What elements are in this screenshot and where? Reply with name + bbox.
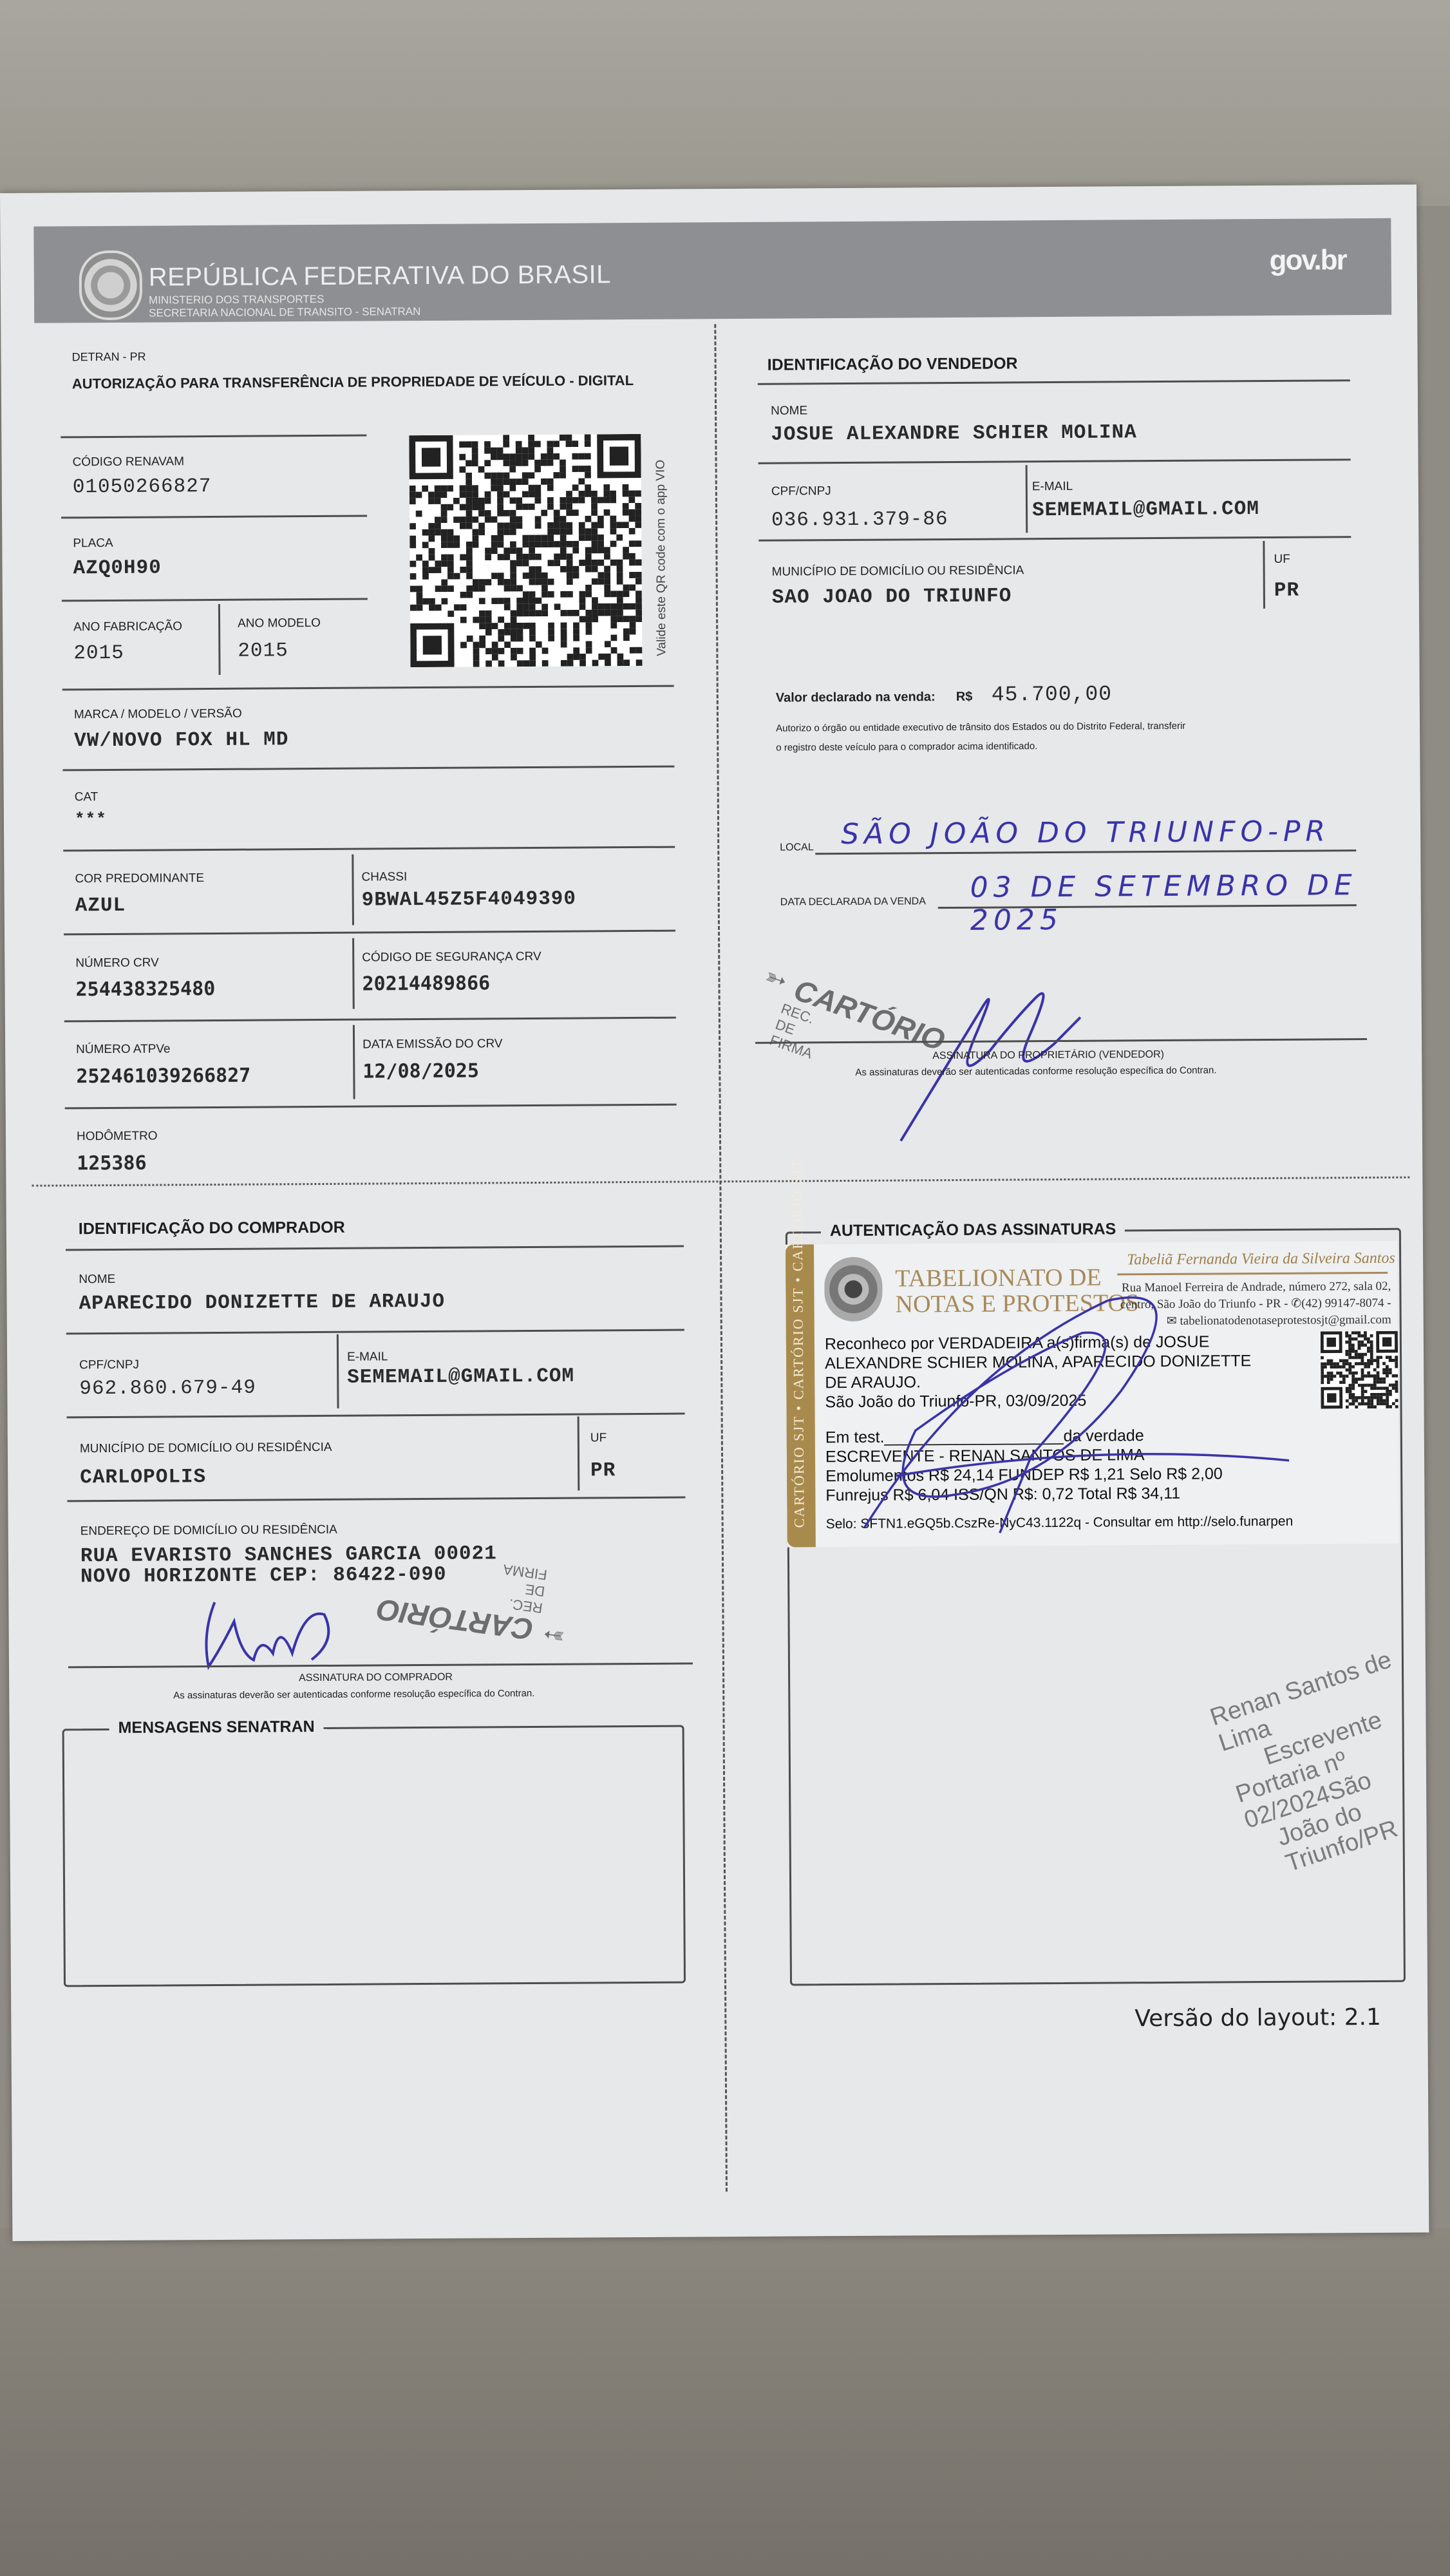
divider (1117, 1272, 1388, 1276)
seller-municipio-value: SAO JOAO DO TRIUNFO (772, 585, 1012, 609)
seller-email-label: E-MAIL (1032, 480, 1073, 494)
divider (62, 766, 674, 772)
senatran-messages-box (62, 1725, 686, 1987)
divider (1263, 541, 1265, 609)
numero-atpve-label: NÚMERO ATPVe (76, 1042, 171, 1057)
senatran-heading: MENSAGENS SENATRAN (109, 1718, 323, 1738)
stamp-sub-text: REC. DE FIRMA (498, 1560, 548, 1616)
seller-name-label: NOME (771, 404, 807, 418)
buyer-email-label: E-MAIL (347, 1350, 388, 1364)
ano-modelo-label: ANO MODELO (238, 616, 321, 631)
ano-fabricacao-value: 2015 (73, 642, 124, 665)
divider (578, 1417, 580, 1491)
divider (66, 1245, 684, 1251)
gov-header-banner: REPÚBLICA FEDERATIVA DO BRASIL MINISTERI… (33, 218, 1391, 323)
seller-heading: IDENTIFICAÇÃO DO VENDEDOR (767, 354, 1018, 374)
data-venda-label: DATA DECLARADA DA VENDA (780, 896, 926, 908)
numero-atpve-value: 252461039266827 (76, 1065, 250, 1088)
chassi-value: 9BWAL45Z5F4049390 (362, 888, 576, 912)
local-handwritten: SÃO JOÃO DO TRIUNFO-PR (841, 815, 1330, 851)
renavam-label: CÓDIGO RENAVAM (72, 455, 184, 469)
signature-line (68, 1662, 693, 1668)
divider (758, 536, 1351, 542)
ano-modelo-value: 2015 (238, 639, 288, 662)
buyer-uf-label: UF (590, 1431, 607, 1445)
secretariat-name: SECRETARIA NACIONAL DE TRANSITO - SENATR… (149, 305, 420, 320)
valor-value: 45.700,00 (992, 682, 1112, 706)
divider (63, 846, 675, 852)
divider (62, 598, 368, 602)
stamp-arrow-icon: ➳ (541, 1620, 567, 1652)
numero-crv-label: NÚMERO CRV (75, 956, 159, 971)
divider (65, 1104, 677, 1110)
issuer-label: DETRAN - PR (71, 350, 146, 365)
seller-uf-value: PR (1274, 580, 1299, 602)
divider (64, 1017, 676, 1023)
local-label: LOCAL (780, 842, 814, 853)
notary-qr-code[interactable] (1321, 1331, 1398, 1409)
divider (337, 1334, 339, 1408)
document-title: AUTORIZAÇÃO PARA TRANSFERÊNCIA DE PROPRI… (72, 372, 634, 392)
seller-signature (887, 978, 1158, 1148)
brazil-coat-of-arms-icon (79, 251, 143, 321)
cor-label: COR PREDOMINANTE (75, 871, 204, 886)
buyer-signature-label: ASSINATURA DO COMPRADOR (299, 1672, 453, 1684)
document-page: REPÚBLICA FEDERATIVA DO BRASIL MINISTERI… (0, 185, 1429, 2241)
divider (64, 930, 675, 936)
buyer-heading: IDENTIFICAÇÃO DO COMPRADOR (79, 1218, 345, 1239)
buyer-endereco-line2: NOVO HORIZONTE CEP: 86422-090 (80, 1564, 447, 1588)
buyer-signature (195, 1595, 357, 1674)
cartorio-strip: CARTÓRIO SJT • CARTÓRIO SJT • CARTÓRIO S… (786, 1244, 816, 1547)
seller-name-value: JOSUE ALEXANDRE SCHIER MOLINA (771, 421, 1137, 446)
seller-signature-label: ASSINATURA DO PROPRIETÁRIO (VENDEDOR) (932, 1049, 1164, 1062)
data-emissao-label: DATA EMISSÃO DO CRV (362, 1037, 503, 1052)
seller-signature-note: As assinaturas deverão ser autenticadas … (855, 1065, 1216, 1077)
strip-text: CARTÓRIO SJT • CARTÓRIO SJT • CARTÓRIO S… (789, 1159, 808, 1528)
codigo-seguranca-value: 20214489866 (362, 972, 490, 995)
divider (352, 855, 354, 925)
valor-currency: R$ (956, 690, 973, 705)
data-venda-handwritten: 03 DE SETEMBRO DE 2025 (970, 869, 1421, 937)
background-surface (0, 2228, 1450, 2576)
buyer-municipio-value: CARLOPOLIS (80, 1466, 206, 1489)
divider (218, 604, 221, 675)
marca-modelo-value: VW/NOVO FOX HL MD (74, 728, 288, 752)
buyer-name-label: NOME (79, 1273, 115, 1287)
hodometro-value: 125386 (77, 1152, 147, 1175)
codigo-seguranca-label: CÓDIGO DE SEGURANÇA CRV (362, 950, 541, 965)
cartorio-stamp-buyer: ➳ CARTÓRIO REC. DE FIRMA (541, 1620, 567, 1652)
seller-cpf-value: 036.931.379-86 (771, 508, 948, 532)
divider (1026, 465, 1028, 533)
divider (758, 379, 1350, 385)
placa-value: AZQ0H90 (73, 556, 161, 580)
qr-caption: Valide este QR code com o app VIO (654, 460, 670, 656)
republic-title: REPÚBLICA FEDERATIVA DO BRASIL (149, 260, 611, 292)
notary-seal-sticker: CARTÓRIO SJT • CARTÓRIO SJT • CARTÓRIO S… (786, 1241, 1399, 1548)
divider (758, 459, 1351, 464)
buyer-name-value: APARECIDO DONIZETTE DE ARAUJO (79, 1291, 445, 1315)
notary-signature (837, 1287, 1302, 1534)
seller-uf-label: UF (1274, 553, 1290, 567)
chassi-label: CHASSI (361, 870, 407, 884)
layout-version: Versão do layout: 2.1 (1135, 2004, 1381, 2032)
valor-label: Valor declarado na venda: (776, 690, 936, 706)
divider (67, 1497, 685, 1502)
cor-value: AZUL (75, 895, 126, 917)
seller-email-value: SEMEMAIL@GMAIL.COM (1032, 498, 1259, 522)
stamp-arrow-icon: ➳ (761, 961, 791, 997)
placa-label: PLACA (73, 536, 113, 551)
buyer-uf-value: PR (590, 1459, 616, 1482)
authorization-text-line2: o registro deste veículo para o comprado… (776, 741, 1037, 753)
cat-label: CAT (75, 790, 99, 804)
divider (66, 1329, 684, 1335)
authentication-heading: AUTENTICAÇÃO DAS ASSINATURAS (821, 1220, 1125, 1240)
buyer-municipio-label: MUNICÍPIO DE DOMICÍLIO OU RESIDÊNCIA (80, 1441, 332, 1456)
govbr-logo: gov.br (1269, 244, 1346, 277)
divider (61, 435, 366, 439)
ano-fabricacao-label: ANO FABRICAÇÃO (73, 620, 182, 634)
divider (62, 685, 674, 691)
buyer-email-value: SEMEMAIL@GMAIL.COM (347, 1365, 574, 1389)
buyer-cpf-label: CPF/CNPJ (79, 1358, 139, 1373)
divider (67, 1413, 685, 1419)
divider (353, 1025, 355, 1099)
cartorio-stamp-seller: ➳ CARTÓRIO REC. DE FIRMA (761, 961, 791, 997)
background-surface (0, 0, 1450, 206)
seller-municipio-label: MUNICÍPIO DE DOMICÍLIO OU RESIDÊNCIA (772, 563, 1024, 579)
seller-cpf-label: CPF/CNPJ (771, 484, 831, 499)
data-emissao-value: 12/08/2025 (362, 1059, 479, 1083)
buyer-cpf-value: 962.860.679-49 (79, 1377, 256, 1401)
hodometro-label: HODÔMETRO (77, 1130, 158, 1144)
marca-modelo-label: MARCA / MODELO / VERSÃO (74, 707, 242, 723)
tabeliao-name: Tabeliã Fernanda Vieira da Silveira Sant… (1127, 1250, 1395, 1269)
buyer-endereco-label: ENDEREÇO DE DOMICÍLIO OU RESIDÊNCIA (80, 1523, 337, 1539)
authorization-text-line1: Autorizo o órgão ou entidade executivo d… (776, 721, 1185, 734)
numero-crv-value: 254438325480 (75, 978, 215, 1001)
buyer-signature-note: As assinaturas deverão ser autenticadas … (173, 1688, 534, 1701)
cat-value: *** (75, 810, 107, 829)
vertical-cut-line (714, 324, 728, 2192)
ministry-name: MINISTERIO DOS TRANSPORTES (149, 293, 324, 307)
divider (352, 938, 355, 1009)
vehicle-qr-code[interactable] (409, 434, 642, 667)
divider (61, 515, 367, 519)
renavam-value: 01050266827 (73, 475, 212, 498)
